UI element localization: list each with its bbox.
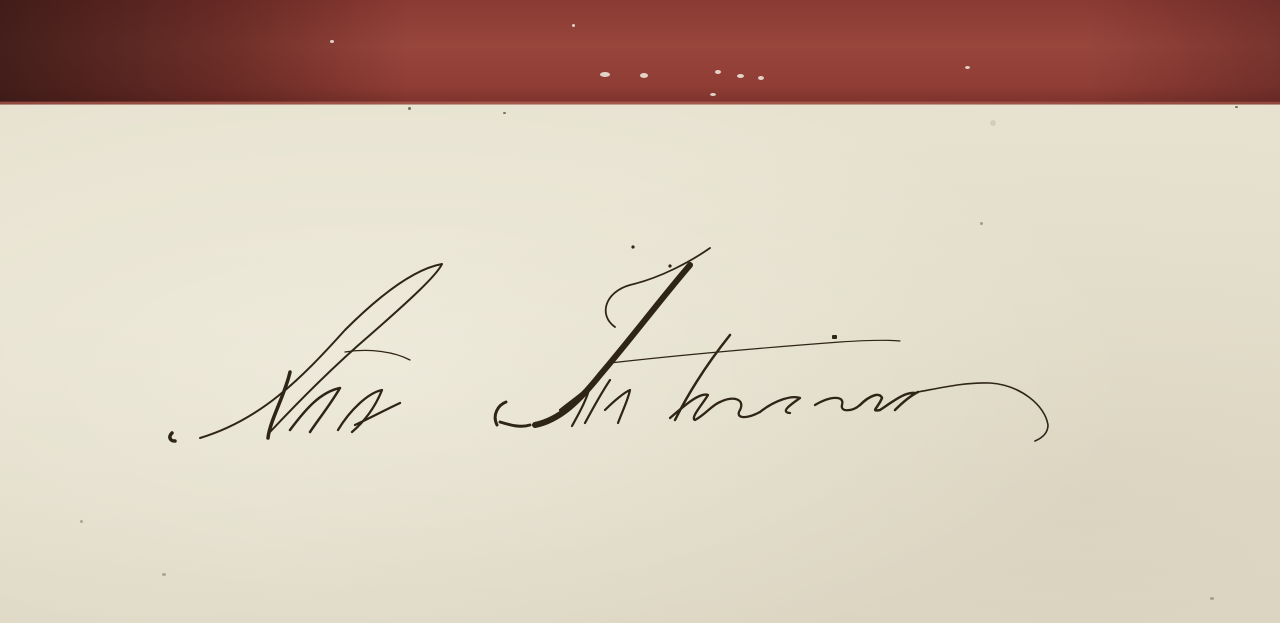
ink-stroke (815, 398, 860, 410)
ink-stroke (338, 390, 400, 432)
ink-stroke (290, 388, 340, 432)
ink-dot (832, 335, 837, 339)
ink-dot (631, 245, 634, 248)
ink-stroke (720, 399, 760, 417)
ink-stroke (200, 264, 442, 438)
ink-stroke (535, 265, 690, 425)
ink-stroke (918, 383, 1048, 441)
ink-stroke (610, 340, 900, 363)
ink-stroke (495, 402, 530, 426)
handwritten-inscription (0, 0, 1280, 623)
ink-dot (668, 264, 671, 267)
ink-stroke (268, 372, 290, 438)
ink-stroke (345, 350, 410, 360)
ink-stroke (760, 397, 800, 413)
ink-stroke (860, 392, 918, 411)
ink-stroke (170, 433, 175, 441)
ink-stroke (606, 248, 710, 327)
